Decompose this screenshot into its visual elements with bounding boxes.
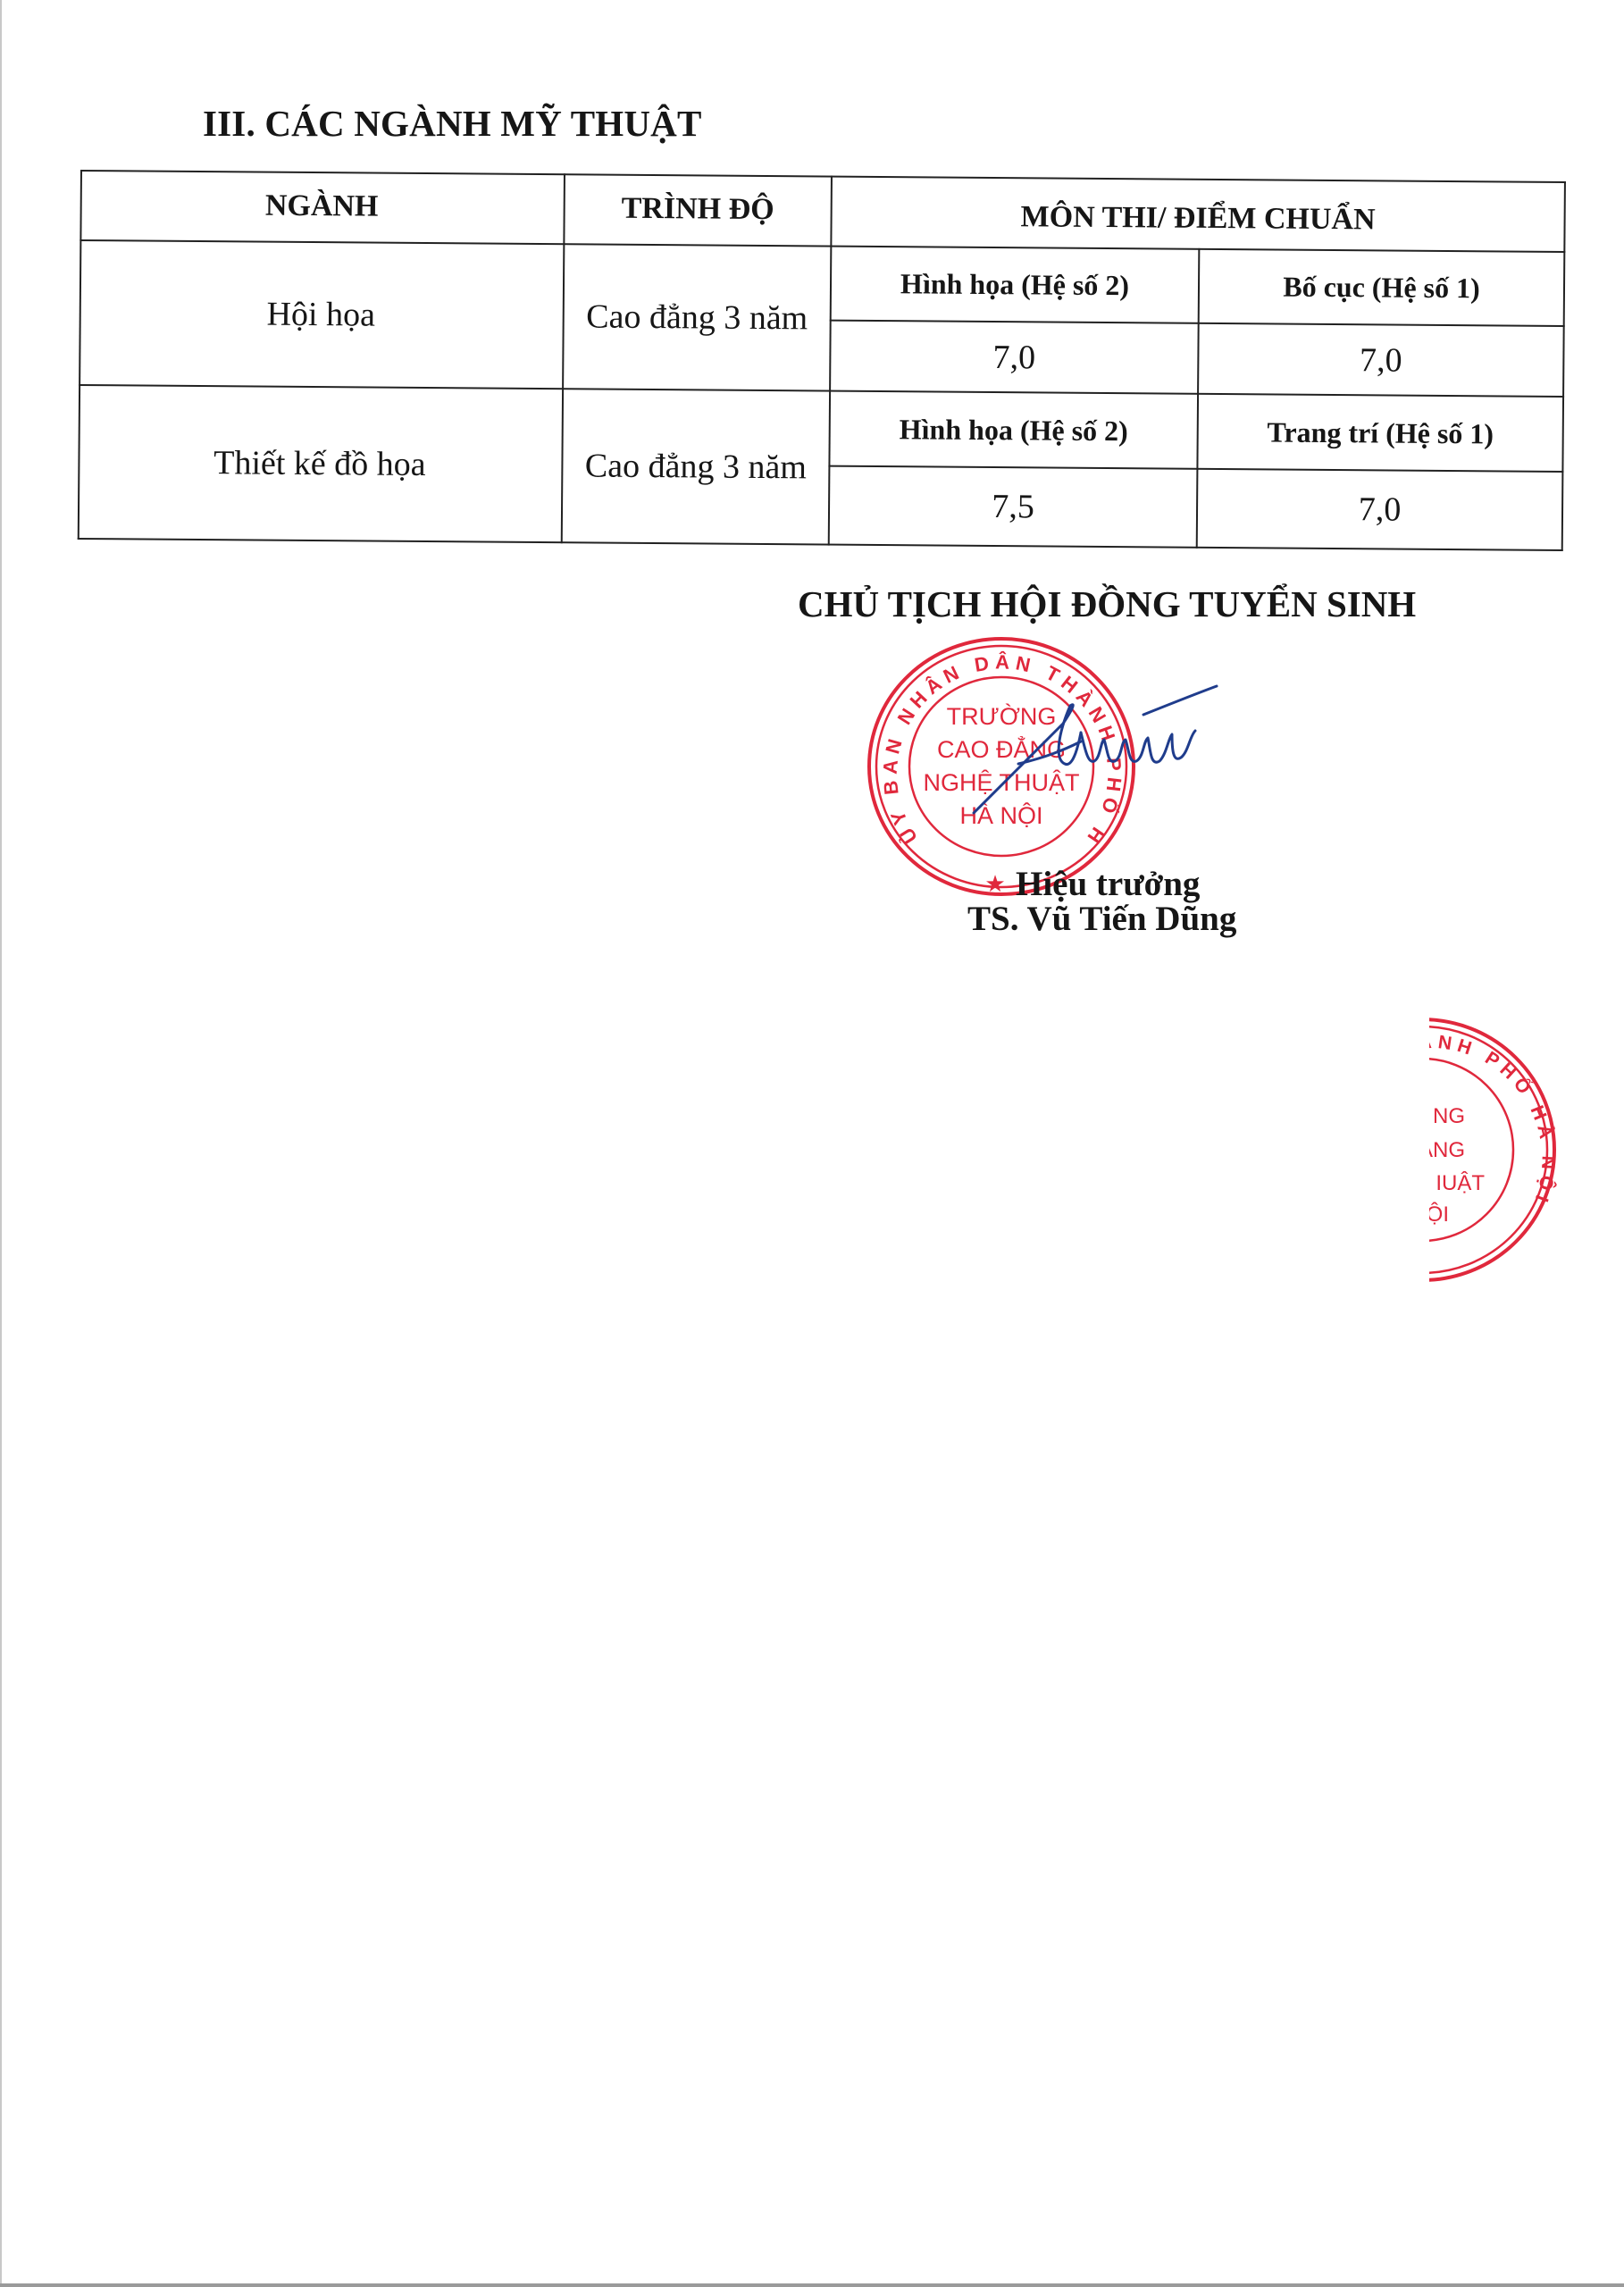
edge-stamp-inner-line-4: ỘI <box>1429 1202 1449 1227</box>
header-subjects-scores: MÔN THI/ ĐIỂM CHUẨN <box>832 181 1564 256</box>
signature-title: CHỦ TỊCH HỘI ĐỒNG TUYỂN SINH <box>798 582 1416 625</box>
row2-subject2-name: Trang trí (Hệ số 1) <box>1198 395 1562 471</box>
row1-major: Hội họa <box>79 241 563 388</box>
edge-stamp-inner-line-2: ẲNG <box>1429 1137 1465 1162</box>
header-major: NGÀNH <box>80 170 564 243</box>
row1-subject2-score: 7,0 <box>1199 324 1563 396</box>
row2-subject2-score: 7,0 <box>1198 470 1562 549</box>
scan-edge-left <box>0 0 2 2287</box>
row2-level: Cao đẳng 3 năm <box>563 390 829 543</box>
edge-stamp-inner-line-1: NG <box>1433 1104 1465 1128</box>
admission-scores-table: NGÀNH TRÌNH ĐỘ MÔN THI/ ĐIỂM CHUẨN Hội h… <box>78 170 1566 551</box>
handwritten-signature <box>965 679 1224 822</box>
scan-edge-bottom <box>0 2283 1624 2287</box>
row1-subject2-name: Bố cục (Hệ số 1) <box>1200 250 1564 325</box>
star-icon: ★ <box>984 871 1005 898</box>
edge-seal-stamp: ÀNH PHỐ HÀ NỘI NG ẲNG IUẬT ỘI <box>1429 1014 1563 1291</box>
row1-level: Cao đẳng 3 năm <box>564 245 830 390</box>
row2-major: Thiết kế đồ họa <box>78 386 562 541</box>
row1-subject1-score: 7,0 <box>831 322 1198 393</box>
row2-subject1-name: Hình họa (Hệ số 2) <box>830 392 1197 468</box>
header-level: TRÌNH ĐỘ <box>565 173 831 245</box>
signatory-name: TS. Vũ Tiến Dũng <box>967 899 1236 939</box>
row1-subject1-name: Hình họa (Hệ số 2) <box>832 247 1199 323</box>
edge-stamp-inner-line-3: IUẬT <box>1436 1171 1485 1195</box>
section-heading: III. CÁC NGÀNH MỸ THUẬT <box>203 102 702 145</box>
row2-subject1-score: 7,5 <box>830 467 1197 547</box>
